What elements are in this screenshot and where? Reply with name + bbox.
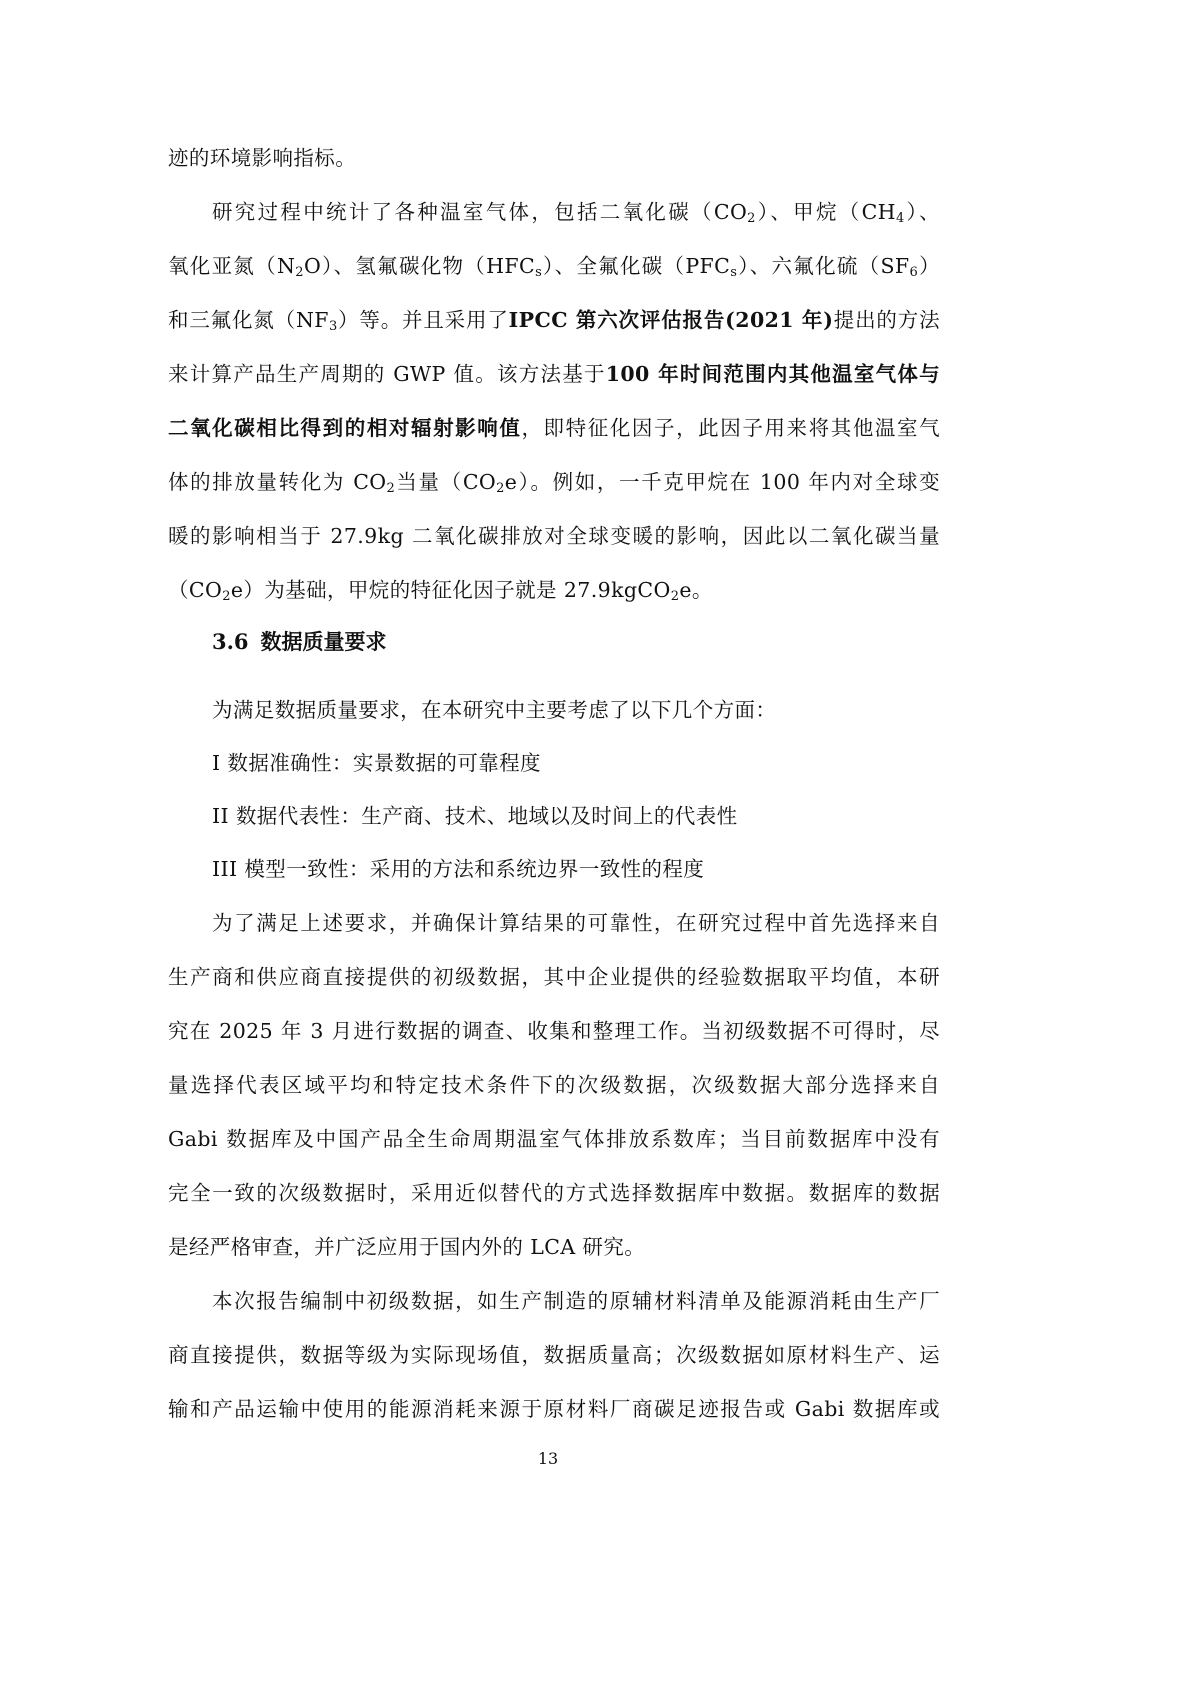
text: e）为基础，甲烷的特征化因子就是 27.9kgCO [231,578,671,602]
subscript: 2 [222,589,231,604]
text: ） [918,254,940,278]
paragraph-line: 为了满足上述要求，并确保计算结果的可靠性，在研究过程中首先选择来自 [212,903,940,943]
text: 是经严格审查，并广泛应用于国内外的 LCA 研究。 [168,1235,645,1259]
subscript: 2 [496,481,505,496]
document-page: 迹的环境影响指标。 研究过程中统计了各种温室气体，包括二氧化碳（CO2）、甲烷（… [0,0,1190,1683]
text: （CO [168,578,222,602]
text: 暖的影响相当于 27.9kg 二氧化碳排放对全球变暖的影响，因此以二氧化碳当量 [168,524,940,548]
bold-text: 二氧化碳相比得到的相对辐射影响值 [168,416,521,440]
text: 当量（CO [395,470,496,494]
bold-text: 100 年时间范围内其他温室气体与 [606,362,940,386]
paragraph-line: 氧化亚氮（N2O）、氢氟碳化物（HFCs）、全氟化碳（PFCs）、六氟化硫（SF… [168,246,940,286]
section-heading: 3.6数据质量要求 [212,622,387,662]
text: ）等。并且采用了 [338,308,509,332]
subscript: 2 [387,481,396,496]
paragraph-line: Gabi 数据库及中国产品全生命周期温室气体排放系数库；当目前数据库中没有 [168,1119,940,1159]
text: 量选择代表区域平均和特定技术条件下的次级数据，次级数据大部分选择来自 [168,1073,940,1097]
paragraph-line: 和三氟化氮（NF3）等。并且采用了IPCC 第六次评估报告(2021 年)提出的… [168,300,940,340]
paragraph-line: 是经严格审查，并广泛应用于国内外的 LCA 研究。 [168,1227,940,1267]
paragraph-line: 量选择代表区域平均和特定技术条件下的次级数据，次级数据大部分选择来自 [168,1065,940,1105]
paragraph-line: 本次报告编制中初级数据，如生产制造的原辅材料清单及能源消耗由生产厂 [212,1281,940,1321]
text: Gabi 数据库及中国产品全生命周期温室气体排放系数库；当目前数据库中没有 [168,1127,940,1151]
paragraph-line: 暖的影响相当于 27.9kg 二氧化碳排放对全球变暖的影响，因此以二氧化碳当量 [168,516,940,556]
paragraph-line: 完全一致的次级数据时，采用近似替代的方式选择数据库中数据。数据库的数据 [168,1173,940,1213]
text: 体的排放量转化为 CO [168,470,387,494]
subscript: 3 [329,319,338,334]
text: III 模型一致性：采用的方法和系统边界一致性的程度 [212,857,704,881]
text: 来计算产品生产周期的 GWP 值。该方法基于 [168,362,606,386]
text: 本次报告编制中初级数据，如生产制造的原辅材料清单及能源消耗由生产厂 [212,1289,940,1313]
paragraph-line: 来计算产品生产周期的 GWP 值。该方法基于100 年时间范围内其他温室气体与 [168,354,940,394]
subscript: 6 [910,265,919,280]
text: 完全一致的次级数据时，采用近似替代的方式选择数据库中数据。数据库的数据 [168,1181,940,1205]
paragraph-line: 输和产品运输中使用的能源消耗来源于原材料厂商碳足迹报告或 Gabi 数据库或 [168,1389,940,1429]
text: 为满足数据质量要求，在本研究中主要考虑了以下几个方面： [212,698,776,722]
paragraph-line: 二氧化碳相比得到的相对辐射影响值，即特征化因子，此因子用来将其他温室气 [168,408,940,448]
paragraph-line: 究在 2025 年 3 月进行数据的调查、收集和整理工作。当初级数据不可得时，尽 [168,1011,940,1051]
subscript: 2 [747,211,756,226]
text: ）、六氟化硫（SF [737,254,909,278]
text: ）、 [905,200,940,224]
text: II 数据代表性：生产商、技术、地域以及时间上的代表性 [212,804,738,828]
text: 究在 2025 年 3 月进行数据的调查、收集和整理工作。当初级数据不可得时，尽 [168,1019,940,1043]
text: 提出的方法 [833,308,940,332]
list-item: II 数据代表性：生产商、技术、地域以及时间上的代表性 [212,796,940,836]
subscript: 2 [295,265,304,280]
text: 为了满足上述要求，并确保计算结果的可靠性，在研究过程中首先选择来自 [212,911,940,935]
text: 生产商和供应商直接提供的初级数据，其中企业提供的经验数据取平均值，本研 [168,965,940,989]
page-number: 13 [0,1448,1096,1470]
paragraph-line: 体的排放量转化为 CO2当量（CO2e）。例如，一千克甲烷在 100 年内对全球… [168,462,940,502]
text: e）。例如，一千克甲烷在 100 年内对全球变 [505,470,940,494]
list-item: III 模型一致性：采用的方法和系统边界一致性的程度 [212,849,940,889]
text: 输和产品运输中使用的能源消耗来源于原材料厂商碳足迹报告或 Gabi 数据库或 [168,1397,940,1421]
text: 氧化亚氮（N [168,254,295,278]
section-title: 数据质量要求 [261,629,387,654]
paragraph-line: 商直接提供，数据等级为实际现场值，数据质量高；次级数据如原材料生产、运 [168,1335,940,1375]
text: 迹的环境影响指标。 [168,146,356,170]
text: e。 [679,578,712,602]
paragraph-line: 迹的环境影响指标。 [168,138,940,178]
list-item: I 数据准确性：实景数据的可靠程度 [212,743,940,783]
paragraph-line: 为满足数据质量要求，在本研究中主要考虑了以下几个方面： [212,690,940,730]
subscript: 4 [896,211,905,226]
text: 商直接提供，数据等级为实际现场值，数据质量高；次级数据如原材料生产、运 [168,1343,940,1367]
text: O）、氢氟碳化物（HFC [304,254,535,278]
text: ，即特征化因子，此因子用来将其他温室气 [521,416,940,440]
text: I 数据准确性：实景数据的可靠程度 [212,751,541,775]
text: ）、甲烷（CH [756,200,896,224]
text: 研究过程中统计了各种温室气体，包括二氧化碳（CO [212,200,747,224]
paragraph-line: （CO2e）为基础，甲烷的特征化因子就是 27.9kgCO2e。 [168,570,940,610]
section-number: 3.6 [212,629,249,654]
text: ）、全氟化碳（PFC [542,254,730,278]
text: 和三氟化氮（NF [168,308,329,332]
paragraph-line: 生产商和供应商直接提供的初级数据，其中企业提供的经验数据取平均值，本研 [168,957,940,997]
bold-text: IPCC 第六次评估报告(2021 年) [509,308,834,332]
paragraph-line: 研究过程中统计了各种温室气体，包括二氧化碳（CO2）、甲烷（CH4）、 [212,192,940,232]
